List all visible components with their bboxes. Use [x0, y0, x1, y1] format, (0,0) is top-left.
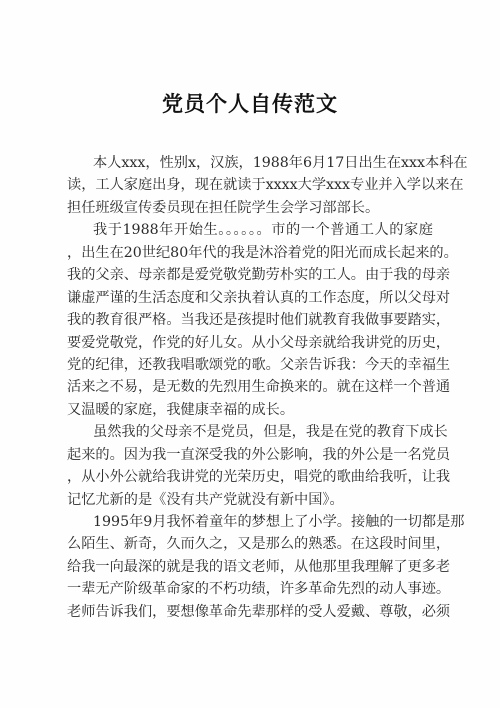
- paragraph-2-line-2: ，出生在20世纪80年代的我是沐浴着党的阳光而成长起来的。: [67, 242, 433, 264]
- paragraph-4-line-3: 给我一向最深的就是我的语文老师，从他那里我理解了更多老: [67, 556, 433, 578]
- paragraph-1-line-3: 担任班级宣传委员现在担任院学生会学习部部长。: [67, 197, 433, 219]
- paragraph-4-line-4: 一辈无产阶级革命家的不朽功绩，许多革命先烈的动人事迹。: [67, 578, 433, 600]
- paragraph-3-line-3: ，从小外公就给我讲党的光荣历史，唱党的歌曲给我听，让我: [67, 466, 433, 488]
- paragraph-1-line-2: 读，工人家庭出身，现在就读于xxxx大学xxx专业并入学以来在: [67, 174, 433, 196]
- paragraph-2-line-7: 党的纪律，还教我唱歌颂党的歌。父亲告诉我：今天的幸福生: [67, 354, 433, 376]
- paragraph-2-line-1: 我于1988年开始生。。。。。。市的一个普通工人的家庭: [67, 219, 433, 241]
- paragraph-2-line-6: 要爱党敬党，作党的好儿女。从小父母亲就给我讲党的历史，: [67, 332, 433, 354]
- paragraph-2-line-5: 我的教育很严格。当我还是孩提时他们就教育我做事要踏实，: [67, 309, 433, 331]
- document-body: 本人xxx，性别x，汉族，1988年6月17日出生在xxx本科在 读，工人家庭出…: [67, 152, 433, 623]
- paragraph-4-line-5: 老师告诉我们，要想像革命先辈那样的受人爱戴、尊敬，必须: [67, 601, 433, 623]
- paragraph-3-line-1: 虽然我的父母亲不是党员，但是，我是在党的教育下成长: [67, 421, 433, 443]
- paragraph-2-line-3: 我的父亲、母亲都是爱党敬党勤劳朴实的工人。由于我的母亲: [67, 264, 433, 286]
- paragraph-2-line-9: 又温暖的家庭，我健康幸福的成长。: [67, 399, 433, 421]
- paragraph-2-line-8: 活来之不易，是无数的先烈用生命换来的。就在这样一个普通: [67, 376, 433, 398]
- document-page: 党员个人自传范文 本人xxx，性别x，汉族，1988年6月17日出生在xxx本科…: [0, 0, 500, 708]
- paragraph-3-line-4: 记忆尤新的是《没有共产党就没有新中国》。: [67, 489, 433, 511]
- document-title: 党员个人自传范文: [0, 88, 500, 118]
- paragraph-1-line-1: 本人xxx，性别x，汉族，1988年6月17日出生在xxx本科在: [67, 152, 433, 174]
- paragraph-2-line-4: 谦虚严谨的生活态度和父亲执着认真的工作态度，所以父母对: [67, 287, 433, 309]
- paragraph-3-line-2: 起来的。因为我一直深受我的外公影响，我的外公是一名党员: [67, 444, 433, 466]
- paragraph-4-line-2: 么陌生、新奇，久而久之，又是那么的熟悉。在这段时间里，: [67, 533, 433, 555]
- paragraph-4-line-1: 1995年9月我怀着童年的梦想上了小学。接触的一切都是那: [67, 511, 433, 533]
